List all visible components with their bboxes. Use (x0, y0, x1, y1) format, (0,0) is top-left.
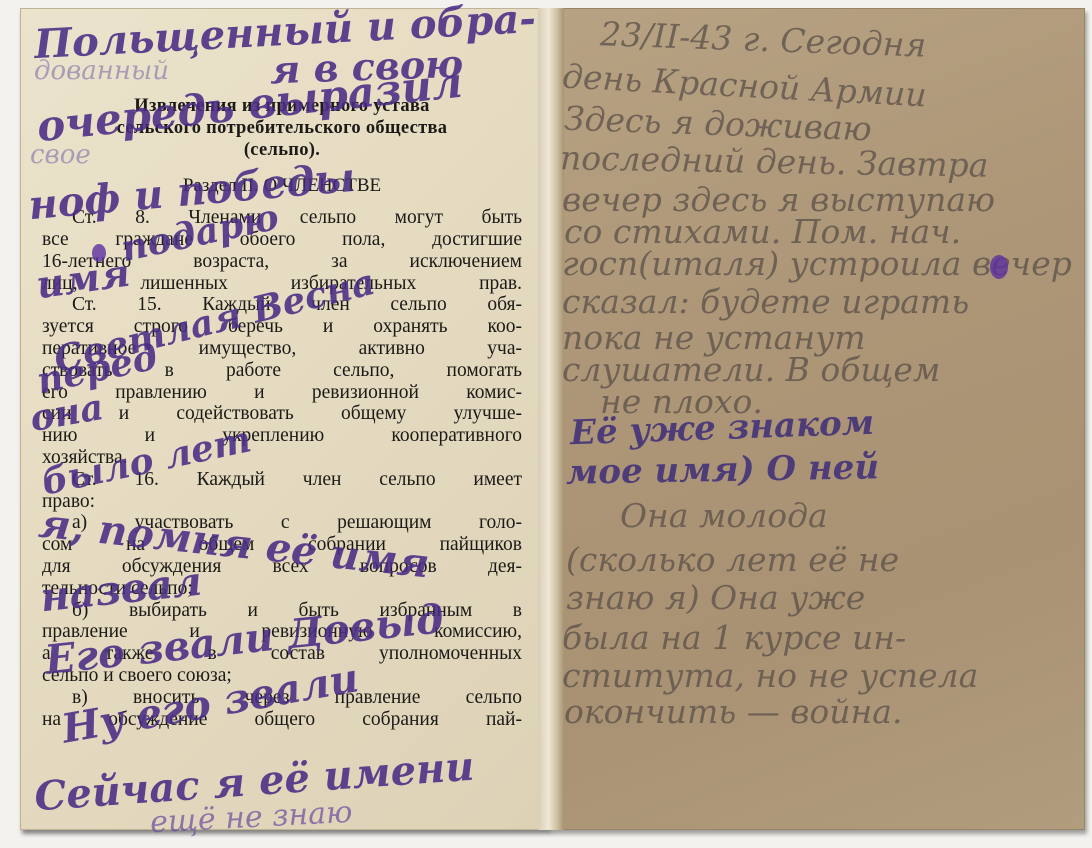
article-line: его правлению и ревизионной комис- (42, 382, 522, 404)
article-line: нию и укреплению кооперативного (42, 425, 522, 447)
article-line: для обсуждения всех вопросов дея- (42, 556, 522, 578)
ink-blot (990, 255, 1008, 279)
article-line: ствовать в работе сельпо, помогать (42, 360, 522, 382)
article-line: в) вносить через правление сельпо (42, 687, 522, 709)
printed-charter-excerpt: Извлечения из примерного устава сельског… (42, 96, 522, 730)
charter-title-line: сельского потребительского общества (42, 118, 522, 140)
article-line: на обсуждение общего собрания пай- (42, 709, 522, 731)
article-line: все граждане обоего пола, достигшие (42, 229, 522, 251)
article-line: тельности сельпо; (42, 578, 522, 600)
article-line: Ст. 8. Членами сельпо могут быть (42, 207, 522, 229)
charter-title-line: Извлечения из примерного устава (42, 96, 522, 118)
article-line: сом на общем собрании пайщиков (42, 534, 522, 556)
article-line: сельпо и своего союза; (42, 665, 522, 687)
article-line: лиц, лишенных избирательных прав. (42, 273, 522, 295)
article-line: 16-летнего возраста, за исключением (42, 251, 522, 273)
article-line: право: (42, 491, 522, 513)
article-line: сии и содействовать общему улучше- (42, 403, 522, 425)
article-line: б) выбирать и быть избранным в (42, 600, 522, 622)
booklet-spine-torn-edge (538, 8, 564, 830)
section-heading: Раздел II. О ЧЛЕНСТВЕ (42, 175, 522, 197)
article-line: а также в состав уполномоченных (42, 643, 522, 665)
article-line: правление и ревизионную комиссию, (42, 621, 522, 643)
article-line: зуется строго беречь и охранять коо- (42, 316, 522, 338)
article-line: а) участвовать с решающим голо- (42, 512, 522, 534)
right-page-handwritten-diary (550, 8, 1085, 830)
charter-title-line: (сельпо). (42, 140, 522, 162)
ink-blot (92, 244, 106, 262)
article-line: перативное имущество, активно уча- (42, 338, 522, 360)
article-line: Ст. 15. Каждый член сельпо обя- (42, 294, 522, 316)
article-line: Ст. 16. Каждый член сельпо имеет (42, 469, 522, 491)
article-line: хозяйства. (42, 447, 522, 469)
